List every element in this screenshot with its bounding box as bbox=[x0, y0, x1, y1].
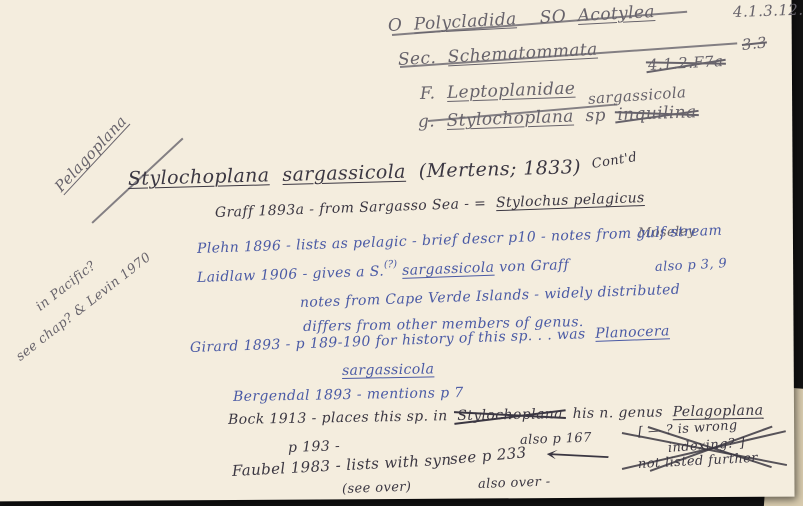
girard-species-1: Planocera bbox=[595, 323, 670, 342]
entry-faubel: Faubel 1983 - lists with syn bbox=[232, 453, 452, 479]
title-contd: Cont'd bbox=[591, 151, 638, 171]
graff-synonym: Stylochus pelagicus bbox=[496, 190, 645, 211]
margin-note-pelagoplana: Pelagoplana bbox=[53, 113, 130, 194]
title-authority: (Mertens; 1833) bbox=[418, 156, 581, 182]
laidlaw-tail: von Graff bbox=[494, 257, 569, 276]
laidlaw-query: (?) bbox=[384, 259, 398, 270]
title-species: sargassicola bbox=[282, 161, 406, 186]
card-content: 4.1.3.12.1 O Polycladida SO Acotylea Sec… bbox=[0, 0, 803, 506]
laidlaw-cont1: notes from Cape Verde Islands - widely d… bbox=[300, 283, 681, 310]
entry-bergendal: Bergendal 1893 - mentions p 7 bbox=[233, 386, 464, 404]
old-code-crossed: 3.3 bbox=[741, 35, 767, 53]
old-code-crossed-2: 4.1.2.F7a bbox=[648, 54, 724, 73]
bock-lead: Bock 1913 - places this sp. in bbox=[228, 408, 448, 428]
entry-graff: Graff 1893a - from Sargasso Sea - = Styl… bbox=[215, 191, 645, 220]
bock-new-genus: Pelagoplana bbox=[672, 403, 763, 421]
family-name: Leptoplanidae bbox=[447, 79, 576, 103]
laidlaw-species: sargassicola bbox=[402, 260, 495, 279]
sp-label: sp bbox=[585, 105, 606, 126]
genus-label: g. bbox=[418, 111, 436, 132]
entry-plehn: Plehn 1896 - lists as pelagic - brief de… bbox=[197, 224, 723, 256]
classification-family-line: F. Leptoplanidae bbox=[420, 81, 576, 103]
entry-laidlaw: Laidlaw 1906 - gives a S.(?) sargassicol… bbox=[197, 258, 570, 285]
laidlaw-lead: Laidlaw 1906 - gives a S. bbox=[197, 263, 385, 286]
faubel-see-over: (see over) bbox=[342, 481, 412, 496]
girard-species-2: sargassicola bbox=[342, 362, 435, 378]
family-label: F. bbox=[420, 83, 436, 104]
bock-mid: his n. genus bbox=[572, 404, 663, 422]
ref-number: 4.1.3.12.1 bbox=[733, 2, 803, 20]
left-arrow-icon: ⟵ bbox=[543, 444, 615, 469]
card-title: Stylochoplana sargassicola (Mertens; 183… bbox=[128, 158, 581, 189]
bock-page: p 193 - bbox=[288, 439, 341, 455]
suborder-label: SO bbox=[539, 7, 566, 28]
graff-lead: Graff 1893a - from Sargasso Sea - = bbox=[215, 196, 487, 221]
faubel-see-page: see p 233 bbox=[449, 445, 527, 467]
species-crossed-out: inquilina bbox=[617, 104, 697, 124]
faubel-also-over: also over - bbox=[478, 475, 551, 491]
title-genus: Stylochoplana bbox=[128, 164, 270, 190]
plehn-also: also p 3, 9 bbox=[655, 257, 728, 274]
old-code-scribbled: 4.1.2.F7a bbox=[648, 54, 724, 73]
bock-crossed-genus: Stylochoplana bbox=[457, 407, 563, 423]
